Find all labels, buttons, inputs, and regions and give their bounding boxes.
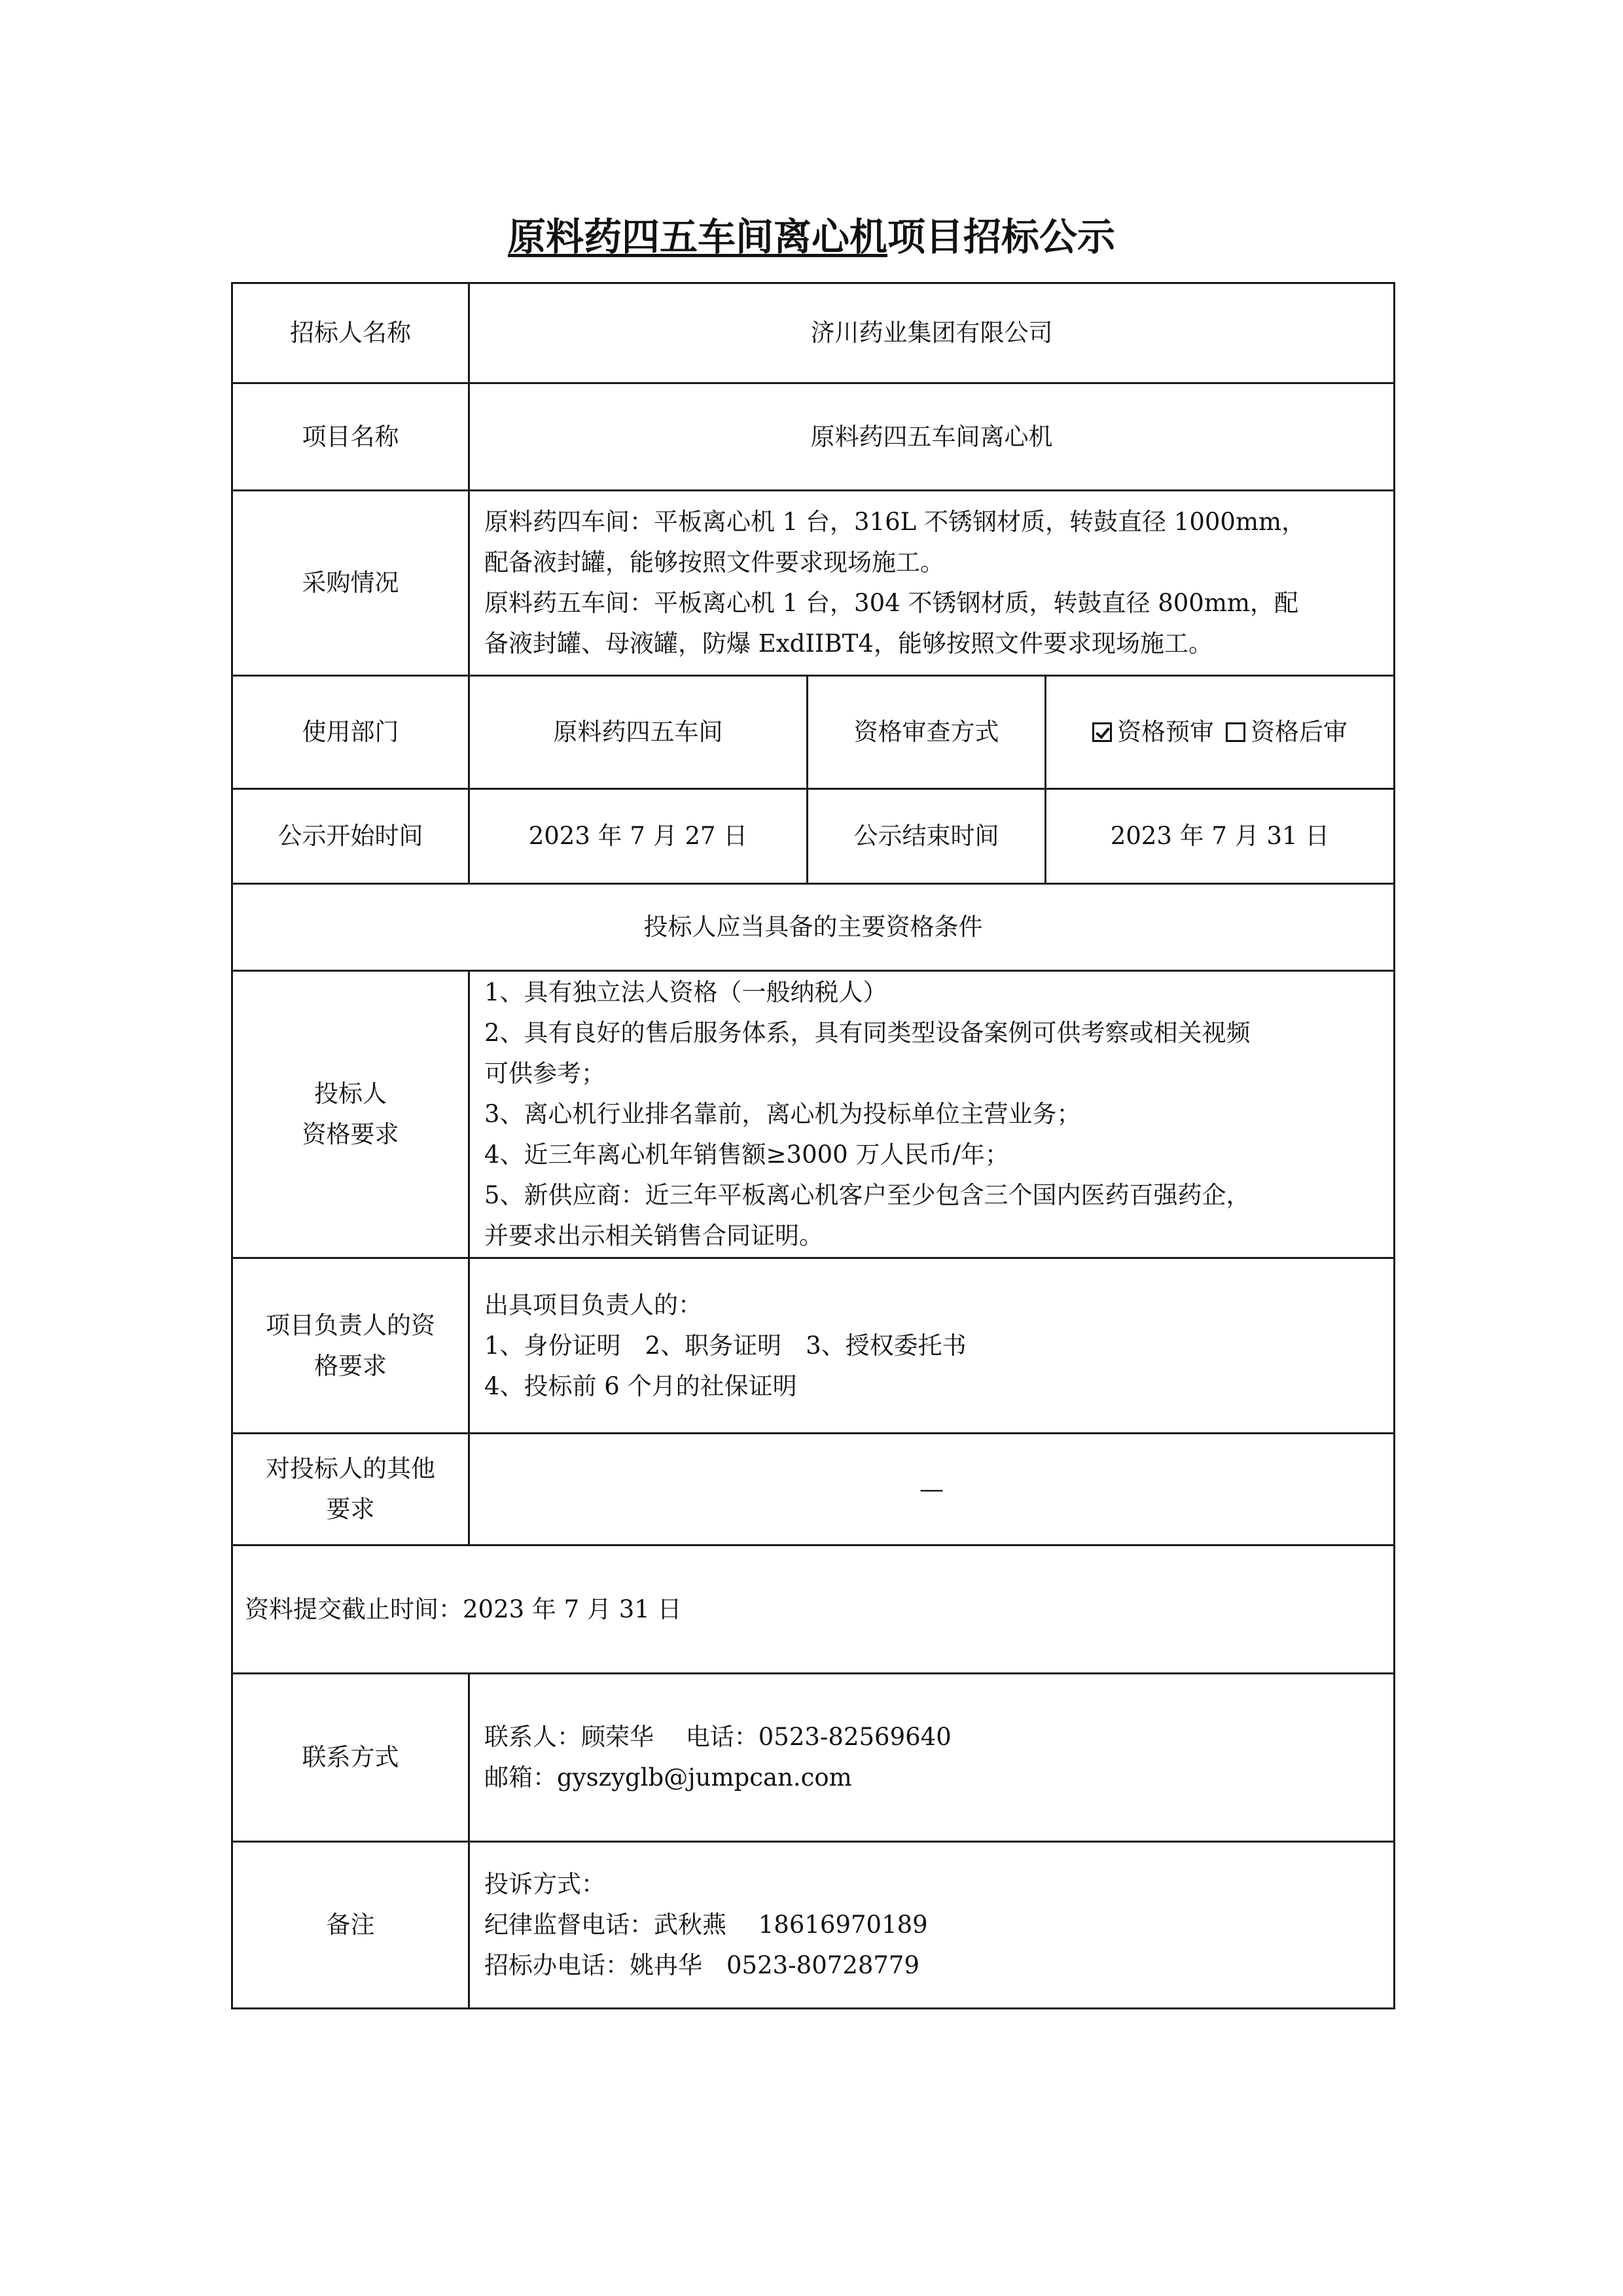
department-value: 原料药四五车间	[469, 676, 808, 789]
manager-qual-label: 项目负责人的资 格要求	[232, 1258, 469, 1434]
title-underlined: 原料药四五车间离心机	[508, 215, 887, 259]
tender-notice-table: 招标人名称 济川药业集团有限公司 项目名称 原料药四五车间离心机 采购情况 原料…	[231, 282, 1395, 2009]
title-rest: 项目招标公示	[887, 215, 1115, 259]
label-line: 要求	[245, 1489, 456, 1530]
row-department: 使用部门 原料药四五车间 资格审查方式 资格预审资格后审	[232, 676, 1395, 789]
row-manager-qualification: 项目负责人的资 格要求 出具项目负责人的： 1、身份证明 2、职务证明 3、授权…	[232, 1258, 1395, 1434]
row-tenderer: 招标人名称 济川药业集团有限公司	[232, 283, 1395, 383]
procurement-line: 备液封罐、母液罐，防爆 ExdIIBT4，能够按照文件要求现场施工。	[484, 624, 1387, 664]
row-project: 项目名称 原料药四五车间离心机	[232, 383, 1395, 491]
project-value: 原料药四五车间离心机	[469, 383, 1395, 491]
row-contact: 联系方式 联系人：顾荣华 电话：0523-82569640 邮箱：gyszygl…	[232, 1674, 1395, 1842]
submission-deadline: 资料提交截止时间：2023 年 7 月 31 日	[232, 1545, 1395, 1674]
checked-box-icon[interactable]	[1092, 722, 1112, 742]
row-remarks: 备注 投诉方式： 纪律监督电话：武秋燕 18616970189 招标办电话：姚冉…	[232, 1842, 1395, 2009]
list-item: 4、投标前 6 个月的社保证明	[484, 1366, 1382, 1407]
tenderer-value: 济川药业集团有限公司	[469, 283, 1395, 383]
list-item: 1、身份证明 2、职务证明 3、授权委托书	[484, 1326, 1382, 1366]
department-label: 使用部门	[232, 676, 469, 789]
project-label: 项目名称	[232, 383, 469, 491]
page-title: 原料药四五车间离心机项目招标公示	[0, 211, 1623, 263]
manager-qual-list: 出具项目负责人的： 1、身份证明 2、职务证明 3、授权委托书 4、投标前 6 …	[469, 1258, 1395, 1434]
list-item: 1、具有独立法人资格（一般纳税人）	[484, 972, 1387, 1013]
other-req-label: 对投标人的其他 要求	[232, 1434, 469, 1545]
bidder-qual-list: 1、具有独立法人资格（一般纳税人） 2、具有良好的售后服务体系，具有同类型设备案…	[469, 971, 1395, 1258]
list-item: 可供参考；	[484, 1053, 1387, 1094]
review-method-options: 资格预审资格后审	[1046, 676, 1395, 789]
list-item: 2、具有良好的售后服务体系，具有同类型设备案例可供考察或相关视频	[484, 1013, 1387, 1053]
procurement-line: 原料药四车间：平板离心机 1 台，316L 不锈钢材质，转鼓直径 1000mm，	[484, 502, 1387, 542]
row-dates: 公示开始时间 2023 年 7 月 27 日 公示结束时间 2023 年 7 月…	[232, 789, 1395, 884]
list-item: 3、离心机行业排名靠前，离心机为投标单位主营业务；	[484, 1094, 1387, 1135]
remarks-label: 备注	[232, 1842, 469, 2009]
procurement-line: 原料药五车间：平板离心机 1 台，304 不锈钢材质，转鼓直径 800mm，配	[484, 583, 1387, 624]
section-header: 投标人应当具备的主要资格条件	[232, 884, 1395, 971]
end-date-label: 公示结束时间	[808, 789, 1046, 884]
label-line: 对投标人的其他	[245, 1449, 456, 1489]
start-date-label: 公示开始时间	[232, 789, 469, 884]
label-line: 投标人	[245, 1074, 456, 1114]
contact-info: 联系人：顾荣华 电话：0523-82569640 邮箱：gyszyglb@jum…	[469, 1674, 1395, 1842]
list-item: 4、近三年离心机年销售额≥3000 万人民币/年；	[484, 1135, 1387, 1175]
remarks-line: 纪律监督电话：武秋燕 18616970189	[484, 1905, 1382, 1945]
remarks-info: 投诉方式： 纪律监督电话：武秋燕 18616970189 招标办电话：姚冉华 0…	[469, 1842, 1395, 2009]
label-line: 格要求	[245, 1346, 456, 1386]
tenderer-label: 招标人名称	[232, 283, 469, 383]
contact-label: 联系方式	[232, 1674, 469, 1842]
option-postqualification[interactable]: 资格后审	[1226, 718, 1347, 746]
start-date-value: 2023 年 7 月 27 日	[469, 789, 808, 884]
end-date-value: 2023 年 7 月 31 日	[1046, 789, 1395, 884]
row-deadline: 资料提交截止时间：2023 年 7 月 31 日	[232, 1545, 1395, 1674]
label-line: 资格要求	[245, 1114, 456, 1155]
procurement-value: 原料药四车间：平板离心机 1 台，316L 不锈钢材质，转鼓直径 1000mm，…	[469, 491, 1395, 676]
remarks-line: 投诉方式：	[484, 1864, 1382, 1905]
option-prequalification[interactable]: 资格预审	[1092, 718, 1214, 746]
row-section-header: 投标人应当具备的主要资格条件	[232, 884, 1395, 971]
contact-email[interactable]: 邮箱：gyszyglb@jumpcan.com	[484, 1757, 1382, 1798]
other-req-value: —	[469, 1434, 1395, 1545]
procurement-line: 配备液封罐，能够按照文件要求现场施工。	[484, 542, 1387, 583]
bidder-qual-label: 投标人 资格要求	[232, 971, 469, 1258]
unchecked-box-icon[interactable]	[1226, 722, 1245, 742]
option-label: 资格后审	[1251, 718, 1347, 746]
procurement-label: 采购情况	[232, 491, 469, 676]
option-label: 资格预审	[1117, 718, 1214, 746]
review-method-label: 资格审查方式	[808, 676, 1046, 789]
list-item: 出具项目负责人的：	[484, 1285, 1382, 1326]
row-procurement: 采购情况 原料药四车间：平板离心机 1 台，316L 不锈钢材质，转鼓直径 10…	[232, 491, 1395, 676]
contact-line: 联系人：顾荣华 电话：0523-82569640	[484, 1717, 1382, 1757]
label-line: 项目负责人的资	[245, 1305, 456, 1346]
remarks-line: 招标办电话：姚冉华 0523-80728779	[484, 1945, 1382, 1986]
list-item: 并要求出示相关销售合同证明。	[484, 1216, 1387, 1256]
row-bidder-qualification: 投标人 资格要求 1、具有独立法人资格（一般纳税人） 2、具有良好的售后服务体系…	[232, 971, 1395, 1258]
list-item: 5、新供应商：近三年平板离心机客户至少包含三个国内医药百强药企，	[484, 1175, 1387, 1216]
row-other-requirements: 对投标人的其他 要求 —	[232, 1434, 1395, 1545]
